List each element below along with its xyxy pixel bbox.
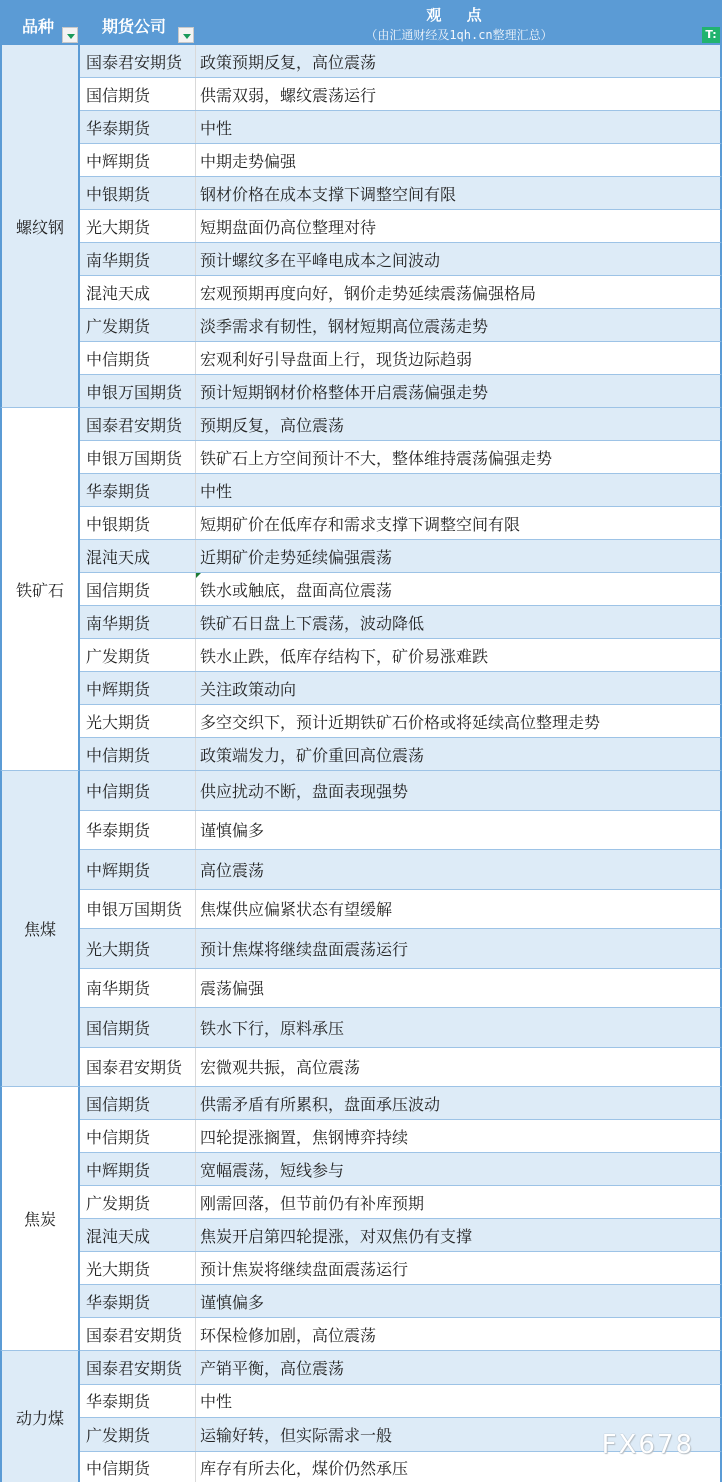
company-cell[interactable]: 国泰君安期货 (80, 1351, 196, 1384)
table-row[interactable]: 国泰君安期货政策预期反复，高位震荡 (80, 45, 722, 78)
opinion-text: 焦煤供应偏紧状态有望缓解 (200, 897, 392, 920)
table-row[interactable]: 申银万国期货铁矿石上方空间预计不大，整体维持震荡偏强走势 (80, 441, 722, 474)
opinion-text: 中性 (200, 479, 232, 502)
company-cell[interactable]: 国泰君安期货 (80, 45, 196, 77)
variety-cell[interactable]: 铁矿石 (0, 408, 80, 771)
opinion-cell[interactable]: 预计焦炭将继续盘面震荡运行 (196, 1252, 720, 1284)
company-cell[interactable]: 广发期货 (80, 639, 196, 671)
opinion-cell[interactable]: 短期盘面仍高位整理对待 (196, 210, 720, 242)
table-row[interactable]: 申银万国期货预计短期钢材价格整体开启震荡偏强走势 (80, 375, 722, 408)
company-cell[interactable]: 国泰君安期货 (80, 408, 196, 440)
opinion-text: 谨慎偏多 (200, 1290, 264, 1313)
opinion-cell[interactable]: 铁水止跌，低库存结构下，矿价易涨难跌 (196, 639, 720, 671)
opinion-text: 供需矛盾有所累积，盘面承压波动 (200, 1092, 440, 1115)
table-row[interactable]: 国信期货铁水下行，原料承压 (80, 1008, 722, 1048)
opinion-text: 中性 (200, 1389, 232, 1412)
variety-cell[interactable]: 焦炭 (0, 1087, 80, 1351)
opinion-text: 铁矿石日盘上下震荡，波动降低 (200, 611, 424, 634)
opinion-text: 焦炭开启第四轮提涨，对双焦仍有支撑 (200, 1224, 472, 1247)
table-row[interactable]: 华泰期货谨慎偏多 (80, 811, 722, 851)
variety-group: 焦煤中信期货供应扰动不断，盘面表现强势华泰期货谨慎偏多中辉期货高位震荡申银万国期… (0, 771, 722, 1087)
opinion-cell[interactable]: 短期矿价在低库存和需求支撑下调整空间有限 (196, 507, 720, 539)
opinion-cell[interactable]: 淡季需求有韧性，钢材短期高位震荡走势 (196, 309, 720, 341)
company-cell[interactable]: 中辉期货 (80, 1153, 196, 1185)
company-cell[interactable]: 华泰期货 (80, 1385, 196, 1418)
table-row[interactable]: 混沌天成近期矿价走势延续偏强震荡 (80, 540, 722, 573)
table-row[interactable]: 南华期货铁矿石日盘上下震荡，波动降低 (80, 606, 722, 639)
opinion-cell[interactable]: 供需矛盾有所累积，盘面承压波动 (196, 1087, 720, 1119)
opinion-cell[interactable]: 焦炭开启第四轮提涨，对双焦仍有支撑 (196, 1219, 720, 1251)
header-opinion: 观 点 （由汇通财经及1qh.cn整理汇总） T: (196, 0, 722, 45)
opinion-text: 近期矿价走势延续偏强震荡 (200, 545, 392, 568)
header-company: 期货公司 (80, 0, 196, 45)
company-cell[interactable]: 华泰期货 (80, 474, 196, 506)
opinion-cell[interactable]: 中性 (196, 1385, 720, 1418)
opinion-cell[interactable]: 预计焦煤将继续盘面震荡运行 (196, 929, 720, 968)
table-row[interactable]: 南华期货震荡偏强 (80, 969, 722, 1009)
company-cell[interactable]: 中信期货 (80, 342, 196, 374)
table-row[interactable]: 光大期货预计焦炭将继续盘面震荡运行 (80, 1252, 722, 1285)
table-row[interactable]: 华泰期货中性 (80, 474, 722, 507)
opinion-text: 铁矿石上方空间预计不大，整体维持震荡偏强走势 (200, 446, 552, 469)
opinion-text: 宽幅震荡，短线参与 (200, 1158, 344, 1181)
opinion-text: 预计短期钢材价格整体开启震荡偏强走势 (200, 380, 488, 403)
variety-group: 动力煤国泰君安期货产销平衡，高位震荡华泰期货中性广发期货运输好转，但实际需求一般… (0, 1351, 722, 1482)
company-cell[interactable]: 中信期货 (80, 1452, 196, 1482)
company-cell[interactable]: 华泰期货 (80, 1285, 196, 1317)
table-row[interactable]: 国泰君安期货产销平衡，高位震荡 (80, 1351, 722, 1385)
company-cell[interactable]: 南华期货 (80, 969, 196, 1008)
opinion-text: 政策预期反复，高位震荡 (200, 50, 376, 73)
opinion-cell[interactable]: 预期反复，高位震荡 (196, 408, 720, 440)
table-row[interactable]: 南华期货预计螺纹多在平峰电成本之间波动 (80, 243, 722, 276)
opinion-cell[interactable]: 宽幅震荡，短线参与 (196, 1153, 720, 1185)
table-row[interactable]: 华泰期货中性 (80, 1385, 722, 1419)
opinion-cell[interactable]: 高位震荡 (196, 850, 720, 889)
company-cell[interactable]: 国泰君安期货 (80, 1318, 196, 1350)
dropdown-arrow-icon[interactable] (178, 27, 194, 43)
opinion-cell[interactable]: 宏微观共振，高位震荡 (196, 1048, 720, 1087)
table-row[interactable]: 混沌天成宏观预期再度向好，钢价走势延续震荡偏强格局 (80, 276, 722, 309)
opinion-text: 中期走势偏强 (200, 149, 296, 172)
variety-group: 铁矿石国泰君安期货预期反复，高位震荡申银万国期货铁矿石上方空间预计不大，整体维持… (0, 408, 722, 771)
opinion-cell[interactable]: 供应扰动不断，盘面表现强势 (196, 771, 720, 810)
variety-cell[interactable]: 螺纹钢 (0, 45, 80, 408)
opinion-text: 预计焦煤将继续盘面震荡运行 (200, 937, 408, 960)
opinion-cell[interactable]: 谨慎偏多 (196, 811, 720, 850)
opinion-text: 宏观预期再度向好，钢价走势延续震荡偏强格局 (200, 281, 536, 304)
company-cell[interactable]: 光大期货 (80, 210, 196, 242)
header-variety-label: 品种 (22, 14, 54, 37)
variety-cell[interactable]: 动力煤 (0, 1351, 80, 1482)
table-row[interactable]: 光大期货短期盘面仍高位整理对待 (80, 210, 722, 243)
company-cell[interactable]: 广发期货 (80, 1418, 196, 1451)
opinion-text: 谨慎偏多 (200, 818, 264, 841)
opinion-cell[interactable]: 四轮提涨搁置，焦钢博弈持续 (196, 1120, 720, 1152)
opinion-cell[interactable]: 供需双弱，螺纹震荡运行 (196, 78, 720, 110)
company-cell[interactable]: 中银期货 (80, 177, 196, 209)
opinion-cell[interactable]: 宏观利好引导盘面上行，现货边际趋弱 (196, 342, 720, 374)
company-cell[interactable]: 混沌天成 (80, 1219, 196, 1251)
company-cell[interactable]: 国泰君安期货 (80, 1048, 196, 1087)
table-header: 品种 期货公司 观 点 （由汇通财经及1qh.cn整理汇总） T: (0, 0, 722, 45)
company-cell[interactable]: 国信期货 (80, 1008, 196, 1047)
opinion-cell[interactable]: 铁矿石上方空间预计不大，整体维持震荡偏强走势 (196, 441, 720, 473)
table-row[interactable]: 国信期货供需双弱，螺纹震荡运行 (80, 78, 722, 111)
opinion-table: 螺纹钢国泰君安期货政策预期反复，高位震荡国信期货供需双弱，螺纹震荡运行华泰期货中… (0, 45, 722, 1482)
table-row[interactable]: 中信期货供应扰动不断，盘面表现强势 (80, 771, 722, 811)
opinion-text: 刚需回落，但节前仍有补库预期 (200, 1191, 424, 1214)
table-row[interactable]: 中辉期货高位震荡 (80, 850, 722, 890)
table-row[interactable]: 国信期货铁水或触底，盘面高位震荡 (80, 573, 722, 606)
opinion-text: 库存有所去化，煤价仍然承压 (200, 1456, 408, 1479)
opinion-text: 供需双弱，螺纹震荡运行 (200, 83, 376, 106)
dropdown-arrow-icon[interactable] (62, 27, 78, 43)
table-row[interactable]: 广发期货刚需回落，但节前仍有补库预期 (80, 1186, 722, 1219)
opinion-cell[interactable]: 中性 (196, 474, 720, 506)
variety-group: 焦炭国信期货供需矛盾有所累积，盘面承压波动中信期货四轮提涨搁置，焦钢博弈持续中辉… (0, 1087, 722, 1351)
company-cell[interactable]: 国信期货 (80, 573, 196, 605)
table-row[interactable]: 中信期货政策端发力，矿价重回高位震荡 (80, 738, 722, 771)
company-cell[interactable]: 申银万国期货 (80, 890, 196, 929)
company-cell[interactable]: 国信期货 (80, 78, 196, 110)
opinion-text: 预计焦炭将继续盘面震荡运行 (200, 1257, 408, 1280)
table-row[interactable]: 光大期货预计焦煤将继续盘面震荡运行 (80, 929, 722, 969)
opinion-text: 短期矿价在低库存和需求支撑下调整空间有限 (200, 512, 520, 535)
table-row[interactable]: 光大期货多空交织下，预计近期铁矿石价格或将延续高位整理走势 (80, 705, 722, 738)
opinion-text: 钢材价格在成本支撑下调整空间有限 (200, 182, 456, 205)
company-cell[interactable]: 光大期货 (80, 1252, 196, 1284)
opinion-text: 预计螺纹多在平峰电成本之间波动 (200, 248, 440, 271)
opinion-cell[interactable]: 预计螺纹多在平峰电成本之间波动 (196, 243, 720, 275)
table-row[interactable]: 华泰期货谨慎偏多 (80, 1285, 722, 1318)
opinion-cell[interactable]: 产销平衡，高位震荡 (196, 1351, 720, 1384)
company-cell[interactable]: 申银万国期货 (80, 375, 196, 407)
variety-cell[interactable]: 焦煤 (0, 771, 80, 1087)
opinion-text: 高位震荡 (200, 858, 264, 881)
opinion-text: 四轮提涨搁置，焦钢博弈持续 (200, 1125, 408, 1148)
opinion-text: 宏微观共振，高位震荡 (200, 1055, 360, 1078)
table-row[interactable]: 申银万国期货焦煤供应偏紧状态有望缓解 (80, 890, 722, 930)
opinion-text: 产销平衡，高位震荡 (200, 1356, 344, 1379)
variety-group: 螺纹钢国泰君安期货政策预期反复，高位震荡国信期货供需双弱，螺纹震荡运行华泰期货中… (0, 45, 722, 408)
opinion-text: 中性 (200, 116, 232, 139)
opinion-cell[interactable]: 铁水下行，原料承压 (196, 1008, 720, 1047)
table-row[interactable]: 国泰君安期货环保检修加剧，高位震荡 (80, 1318, 722, 1351)
table-row[interactable]: 中辉期货宽幅震荡，短线参与 (80, 1153, 722, 1186)
table-row[interactable]: 混沌天成焦炭开启第四轮提涨，对双焦仍有支撑 (80, 1219, 722, 1252)
opinion-cell[interactable]: 关注政策动向 (196, 672, 720, 704)
opinion-text: 短期盘面仍高位整理对待 (200, 215, 376, 238)
company-cell[interactable]: 华泰期货 (80, 111, 196, 143)
table-row[interactable]: 广发期货铁水止跌，低库存结构下，矿价易涨难跌 (80, 639, 722, 672)
table-row[interactable]: 中辉期货关注政策动向 (80, 672, 722, 705)
table-row[interactable]: 中银期货钢材价格在成本支撑下调整空间有限 (80, 177, 722, 210)
table-row[interactable]: 华泰期货中性 (80, 111, 722, 144)
table-row[interactable]: 中辉期货中期走势偏强 (80, 144, 722, 177)
opinion-cell[interactable]: 焦煤供应偏紧状态有望缓解 (196, 890, 720, 929)
company-cell[interactable]: 华泰期货 (80, 811, 196, 850)
opinion-text: 供应扰动不断，盘面表现强势 (200, 779, 408, 802)
company-cell[interactable]: 中信期货 (80, 771, 196, 810)
opinion-text: 铁水止跌，低库存结构下，矿价易涨难跌 (200, 644, 488, 667)
company-cell[interactable]: 中辉期货 (80, 672, 196, 704)
opinion-cell[interactable]: 多空交织下，预计近期铁矿石价格或将延续高位整理走势 (196, 705, 720, 737)
company-cell[interactable]: 光大期货 (80, 705, 196, 737)
opinion-text: 预期反复，高位震荡 (200, 413, 344, 436)
company-cell[interactable]: 中辉期货 (80, 144, 196, 176)
company-cell[interactable]: 国信期货 (80, 1087, 196, 1119)
opinion-cell[interactable]: 宏观预期再度向好，钢价走势延续震荡偏强格局 (196, 276, 720, 308)
opinion-text: 铁水下行，原料承压 (200, 1016, 344, 1039)
company-cell[interactable]: 光大期货 (80, 929, 196, 968)
opinion-text: 震荡偏强 (200, 976, 264, 999)
table-row[interactable]: 国信期货供需矛盾有所累积，盘面承压波动 (80, 1087, 722, 1120)
company-cell[interactable]: 混沌天成 (80, 540, 196, 572)
filter-icon[interactable]: T: (702, 27, 720, 43)
opinion-cell[interactable]: 政策端发力，矿价重回高位震荡 (196, 738, 720, 770)
table-row[interactable]: 国泰君安期货宏微观共振，高位震荡 (80, 1048, 722, 1088)
table-row[interactable]: 中信期货宏观利好引导盘面上行，现货边际趋弱 (80, 342, 722, 375)
header-variety: 品种 (0, 0, 80, 45)
opinion-text: 铁水或触底，盘面高位震荡 (200, 578, 392, 601)
header-opinion-title: 观 点 (196, 4, 722, 25)
opinion-cell[interactable]: 政策预期反复，高位震荡 (196, 45, 720, 77)
opinion-cell[interactable]: 震荡偏强 (196, 969, 720, 1008)
opinion-cell[interactable]: 刚需回落，但节前仍有补库预期 (196, 1186, 720, 1218)
opinion-cell[interactable]: 中期走势偏强 (196, 144, 720, 176)
opinion-cell[interactable]: 铁矿石日盘上下震荡，波动降低 (196, 606, 720, 638)
table-row[interactable]: 中信期货四轮提涨搁置，焦钢博弈持续 (80, 1120, 722, 1153)
company-cell[interactable]: 混沌天成 (80, 276, 196, 308)
table-row[interactable]: 广发期货淡季需求有韧性，钢材短期高位震荡走势 (80, 309, 722, 342)
opinion-cell[interactable]: 谨慎偏多 (196, 1285, 720, 1317)
opinion-text: 淡季需求有韧性，钢材短期高位震荡走势 (200, 314, 488, 337)
company-cell[interactable]: 广发期货 (80, 1186, 196, 1218)
company-cell[interactable]: 南华期货 (80, 243, 196, 275)
opinion-cell[interactable]: 铁水或触底，盘面高位震荡 (196, 573, 720, 605)
header-opinion-subtitle: （由汇通财经及1qh.cn整理汇总） (196, 26, 722, 43)
opinion-cell[interactable]: 近期矿价走势延续偏强震荡 (196, 540, 720, 572)
company-cell[interactable]: 中辉期货 (80, 850, 196, 889)
company-cell[interactable]: 南华期货 (80, 606, 196, 638)
opinion-cell[interactable]: 中性 (196, 111, 720, 143)
opinion-text: 多空交织下，预计近期铁矿石价格或将延续高位整理走势 (200, 710, 600, 733)
opinion-text: 运输好转，但实际需求一般 (200, 1423, 392, 1446)
table-row[interactable]: 国泰君安期货预期反复，高位震荡 (80, 408, 722, 441)
opinion-cell[interactable]: 预计短期钢材价格整体开启震荡偏强走势 (196, 375, 720, 407)
opinion-text: 环保检修加剧，高位震荡 (200, 1323, 376, 1346)
company-cell[interactable]: 中信期货 (80, 738, 196, 770)
table-row[interactable]: 中银期货短期矿价在低库存和需求支撑下调整空间有限 (80, 507, 722, 540)
company-cell[interactable]: 中银期货 (80, 507, 196, 539)
company-cell[interactable]: 中信期货 (80, 1120, 196, 1152)
comment-indicator-icon[interactable] (196, 573, 201, 578)
watermark: FX678 (602, 1430, 694, 1460)
company-cell[interactable]: 申银万国期货 (80, 441, 196, 473)
opinion-text: 宏观利好引导盘面上行，现货边际趋弱 (200, 347, 472, 370)
company-cell[interactable]: 广发期货 (80, 309, 196, 341)
opinion-text: 关注政策动向 (200, 677, 296, 700)
header-company-label: 期货公司 (102, 14, 166, 37)
opinion-text: 政策端发力，矿价重回高位震荡 (200, 743, 424, 766)
opinion-cell[interactable]: 环保检修加剧，高位震荡 (196, 1318, 720, 1350)
opinion-cell[interactable]: 钢材价格在成本支撑下调整空间有限 (196, 177, 720, 209)
